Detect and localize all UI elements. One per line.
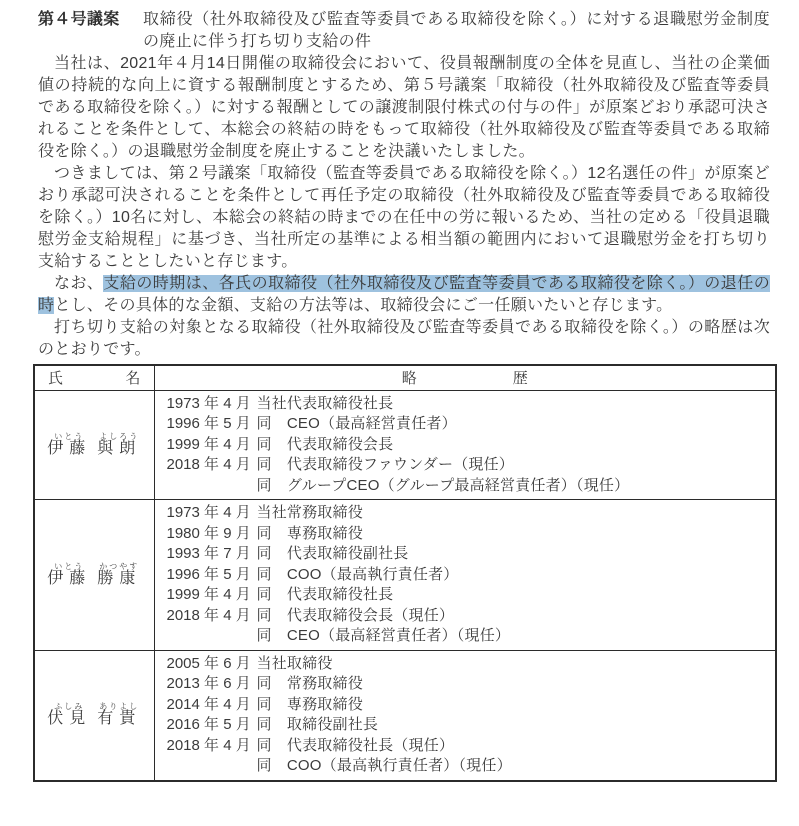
history-text: 同 代表取締役社長: [257, 586, 394, 603]
name-kanji: 伊藤: [47, 570, 91, 587]
history-date: 2013 年 6 月: [167, 674, 257, 695]
history-entry: 1973 年 4 月当社常務取締役: [167, 503, 772, 524]
name-furigana: かつやす: [97, 562, 141, 571]
header-history-right: 歴: [513, 367, 528, 388]
document-page: 第４号議案 取締役（社外取締役及び監査等委員である取締役を除く。）に対する退職慰…: [0, 0, 799, 826]
director-name-cell: 伏見ふしみ有貴ありよし: [34, 650, 154, 781]
history-date: 1980 年 9 月: [167, 524, 257, 545]
table-header-row: 氏 名 略 歴: [34, 365, 776, 390]
history-date: 1973 年 4 月: [167, 394, 257, 415]
director-history-table: 氏 名 略 歴 伊藤いとう與朗よしろう 1973 年 4 月当社代表取締役社長 …: [33, 364, 777, 782]
history-date: 1973 年 4 月: [167, 503, 257, 524]
history-entry: 2014 年 4 月同 専務取締役: [167, 695, 772, 716]
header-name-right: 名: [125, 367, 140, 388]
history-entry: 1999 年 4 月同 代表取締役会長: [167, 435, 772, 456]
history-entry: 2018 年 4 月同 代表取締役ファウンダー（現任）: [167, 455, 772, 476]
history-text: 同 COO（最高執行責任者）（現任）: [257, 757, 512, 774]
history-entry: 1996 年 5 月同 COO（最高執行責任者）: [167, 565, 772, 586]
name-kanji: 伊藤: [47, 440, 91, 457]
history-date: 2018 年 4 月: [167, 736, 257, 757]
history-text: 同 COO（最高執行責任者）: [257, 566, 459, 583]
history-entry: 2018 年 4 月同 代表取締役会長（現任）: [167, 606, 772, 627]
paragraph-payment-timing-post: とし、その具体的な金額、支給の方法等は、取締役会にご一任願いたいと存じます。: [54, 297, 672, 314]
history-text: 同 CEO（最高経営責任者）（現任）: [257, 627, 511, 644]
history-entry: 同 CEO（最高経営責任者）（現任）: [167, 626, 772, 647]
header-history-column: 略 歴: [154, 365, 776, 390]
name-kanji: 與朗: [97, 440, 141, 457]
name-furigana: ふしみ: [47, 702, 91, 711]
history-text: 同 常務取締役: [257, 675, 363, 692]
history-entry: 2013 年 6 月同 常務取締役: [167, 674, 772, 695]
header-name-left: 氏: [48, 367, 63, 388]
history-text: 同 グループCEO（グループ最高経営責任者）（現任）: [257, 477, 630, 494]
history-date: 2018 年 4 月: [167, 606, 257, 627]
proposal-label: 第４号議案: [38, 9, 143, 53]
proposal-heading: 第４号議案 取締役（社外取締役及び監査等委員である取締役を除く。）に対する退職慰…: [38, 9, 770, 53]
paragraph-payment-timing-pre: なお、: [54, 275, 103, 292]
proposal-title: 取締役（社外取締役及び監査等委員である取締役を除く。）に対する退職慰労金制度の廃…: [143, 9, 770, 53]
name-furigana: よしろう: [97, 432, 141, 441]
history-entry: 1980 年 9 月同 専務取締役: [167, 524, 772, 545]
director-history-cell: 1973 年 4 月当社常務取締役 1980 年 9 月同 専務取締役 1993…: [154, 500, 776, 651]
history-entry: 1996 年 5 月同 CEO（最高経営責任者）: [167, 414, 772, 435]
table-row-director-2: 伊藤いとう勝康かつやす 1973 年 4 月当社常務取締役 1980 年 9 月…: [34, 500, 776, 651]
history-entry: 2018 年 4 月同 代表取締役社長（現任）: [167, 736, 772, 757]
history-text: 同 CEO（最高経営責任者）: [257, 415, 457, 432]
history-entry: 同 グループCEO（グループ最高経営責任者）（現任）: [167, 476, 772, 497]
history-text: 当社代表取締役社長: [257, 395, 394, 412]
paragraph-lump-sum: つきましては、第２号議案「取締役（監査等委員である取締役を除く。）12名選任の件…: [38, 163, 770, 273]
history-text: 同 代表取締役副社長: [257, 545, 409, 562]
history-date: 1999 年 4 月: [167, 585, 257, 606]
history-text: 同 代表取締役会長（現任）: [257, 607, 455, 624]
name-kanji: 伏見: [47, 710, 91, 727]
name-kanji: 勝康: [97, 570, 141, 587]
director-history-cell: 2005 年 6 月当社取締役 2013 年 6 月同 常務取締役 2014 年…: [154, 650, 776, 781]
history-text: 同 専務取締役: [257, 696, 363, 713]
director-history-cell: 1973 年 4 月当社代表取締役社長 1996 年 5 月同 CEO（最高経営…: [154, 390, 776, 500]
history-date: 1996 年 5 月: [167, 565, 257, 586]
history-date: 1996 年 5 月: [167, 414, 257, 435]
name-kanji: 有貴: [97, 710, 141, 727]
history-text: 当社常務取締役: [257, 504, 363, 521]
history-text: 同 専務取締役: [257, 525, 363, 542]
director-name: 伊藤いとう與朗よしろう: [47, 432, 141, 458]
paragraph-resolution: 当社は、2021年４月14日開催の取締役会において、役員報酬制度の全体を見直し、…: [38, 53, 770, 163]
paragraph-career-intro: 打ち切り支給の対象となる取締役（社外取締役及び監査等委員である取締役を除く。）の…: [38, 317, 770, 361]
director-name-cell: 伊藤いとう勝康かつやす: [34, 500, 154, 651]
director-name-cell: 伊藤いとう與朗よしろう: [34, 390, 154, 500]
history-date: 2016 年 5 月: [167, 715, 257, 736]
history-entry: 1993 年 7 月同 代表取締役副社長: [167, 544, 772, 565]
table-row-director-1: 伊藤いとう與朗よしろう 1973 年 4 月当社代表取締役社長 1996 年 5…: [34, 390, 776, 500]
name-furigana: ありよし: [97, 702, 141, 711]
header-name-column: 氏 名: [34, 365, 154, 390]
history-date: 2005 年 6 月: [167, 654, 257, 675]
history-text: 同 取締役副社長: [257, 716, 379, 733]
table-row-director-3: 伏見ふしみ有貴ありよし 2005 年 6 月当社取締役 2013 年 6 月同 …: [34, 650, 776, 781]
paragraph-payment-timing: なお、支給の時期は、各氏の取締役（社外取締役及び監査等委員である取締役を除く。）…: [38, 273, 770, 317]
history-date: 2014 年 4 月: [167, 695, 257, 716]
director-name: 伊藤いとう勝康かつやす: [47, 562, 141, 588]
history-text: 当社取締役: [257, 655, 333, 672]
director-name: 伏見ふしみ有貴ありよし: [47, 702, 141, 728]
history-date: 1993 年 7 月: [167, 544, 257, 565]
history-date: 2018 年 4 月: [167, 455, 257, 476]
history-entry: 1999 年 4 月同 代表取締役社長: [167, 585, 772, 606]
history-entry: 2005 年 6 月当社取締役: [167, 654, 772, 675]
history-text: 同 代表取締役ファウンダー（現任）: [257, 456, 515, 473]
history-text: 同 代表取締役社長（現任）: [257, 737, 455, 754]
history-entry: 1973 年 4 月当社代表取締役社長: [167, 394, 772, 415]
history-date: 1999 年 4 月: [167, 435, 257, 456]
header-history-left: 略: [402, 367, 417, 388]
name-furigana: いとう: [47, 432, 91, 441]
history-entry: 2016 年 5 月同 取締役副社長: [167, 715, 772, 736]
history-text: 同 代表取締役会長: [257, 436, 394, 453]
name-furigana: いとう: [47, 562, 91, 571]
history-entry: 同 COO（最高執行責任者）（現任）: [167, 756, 772, 777]
